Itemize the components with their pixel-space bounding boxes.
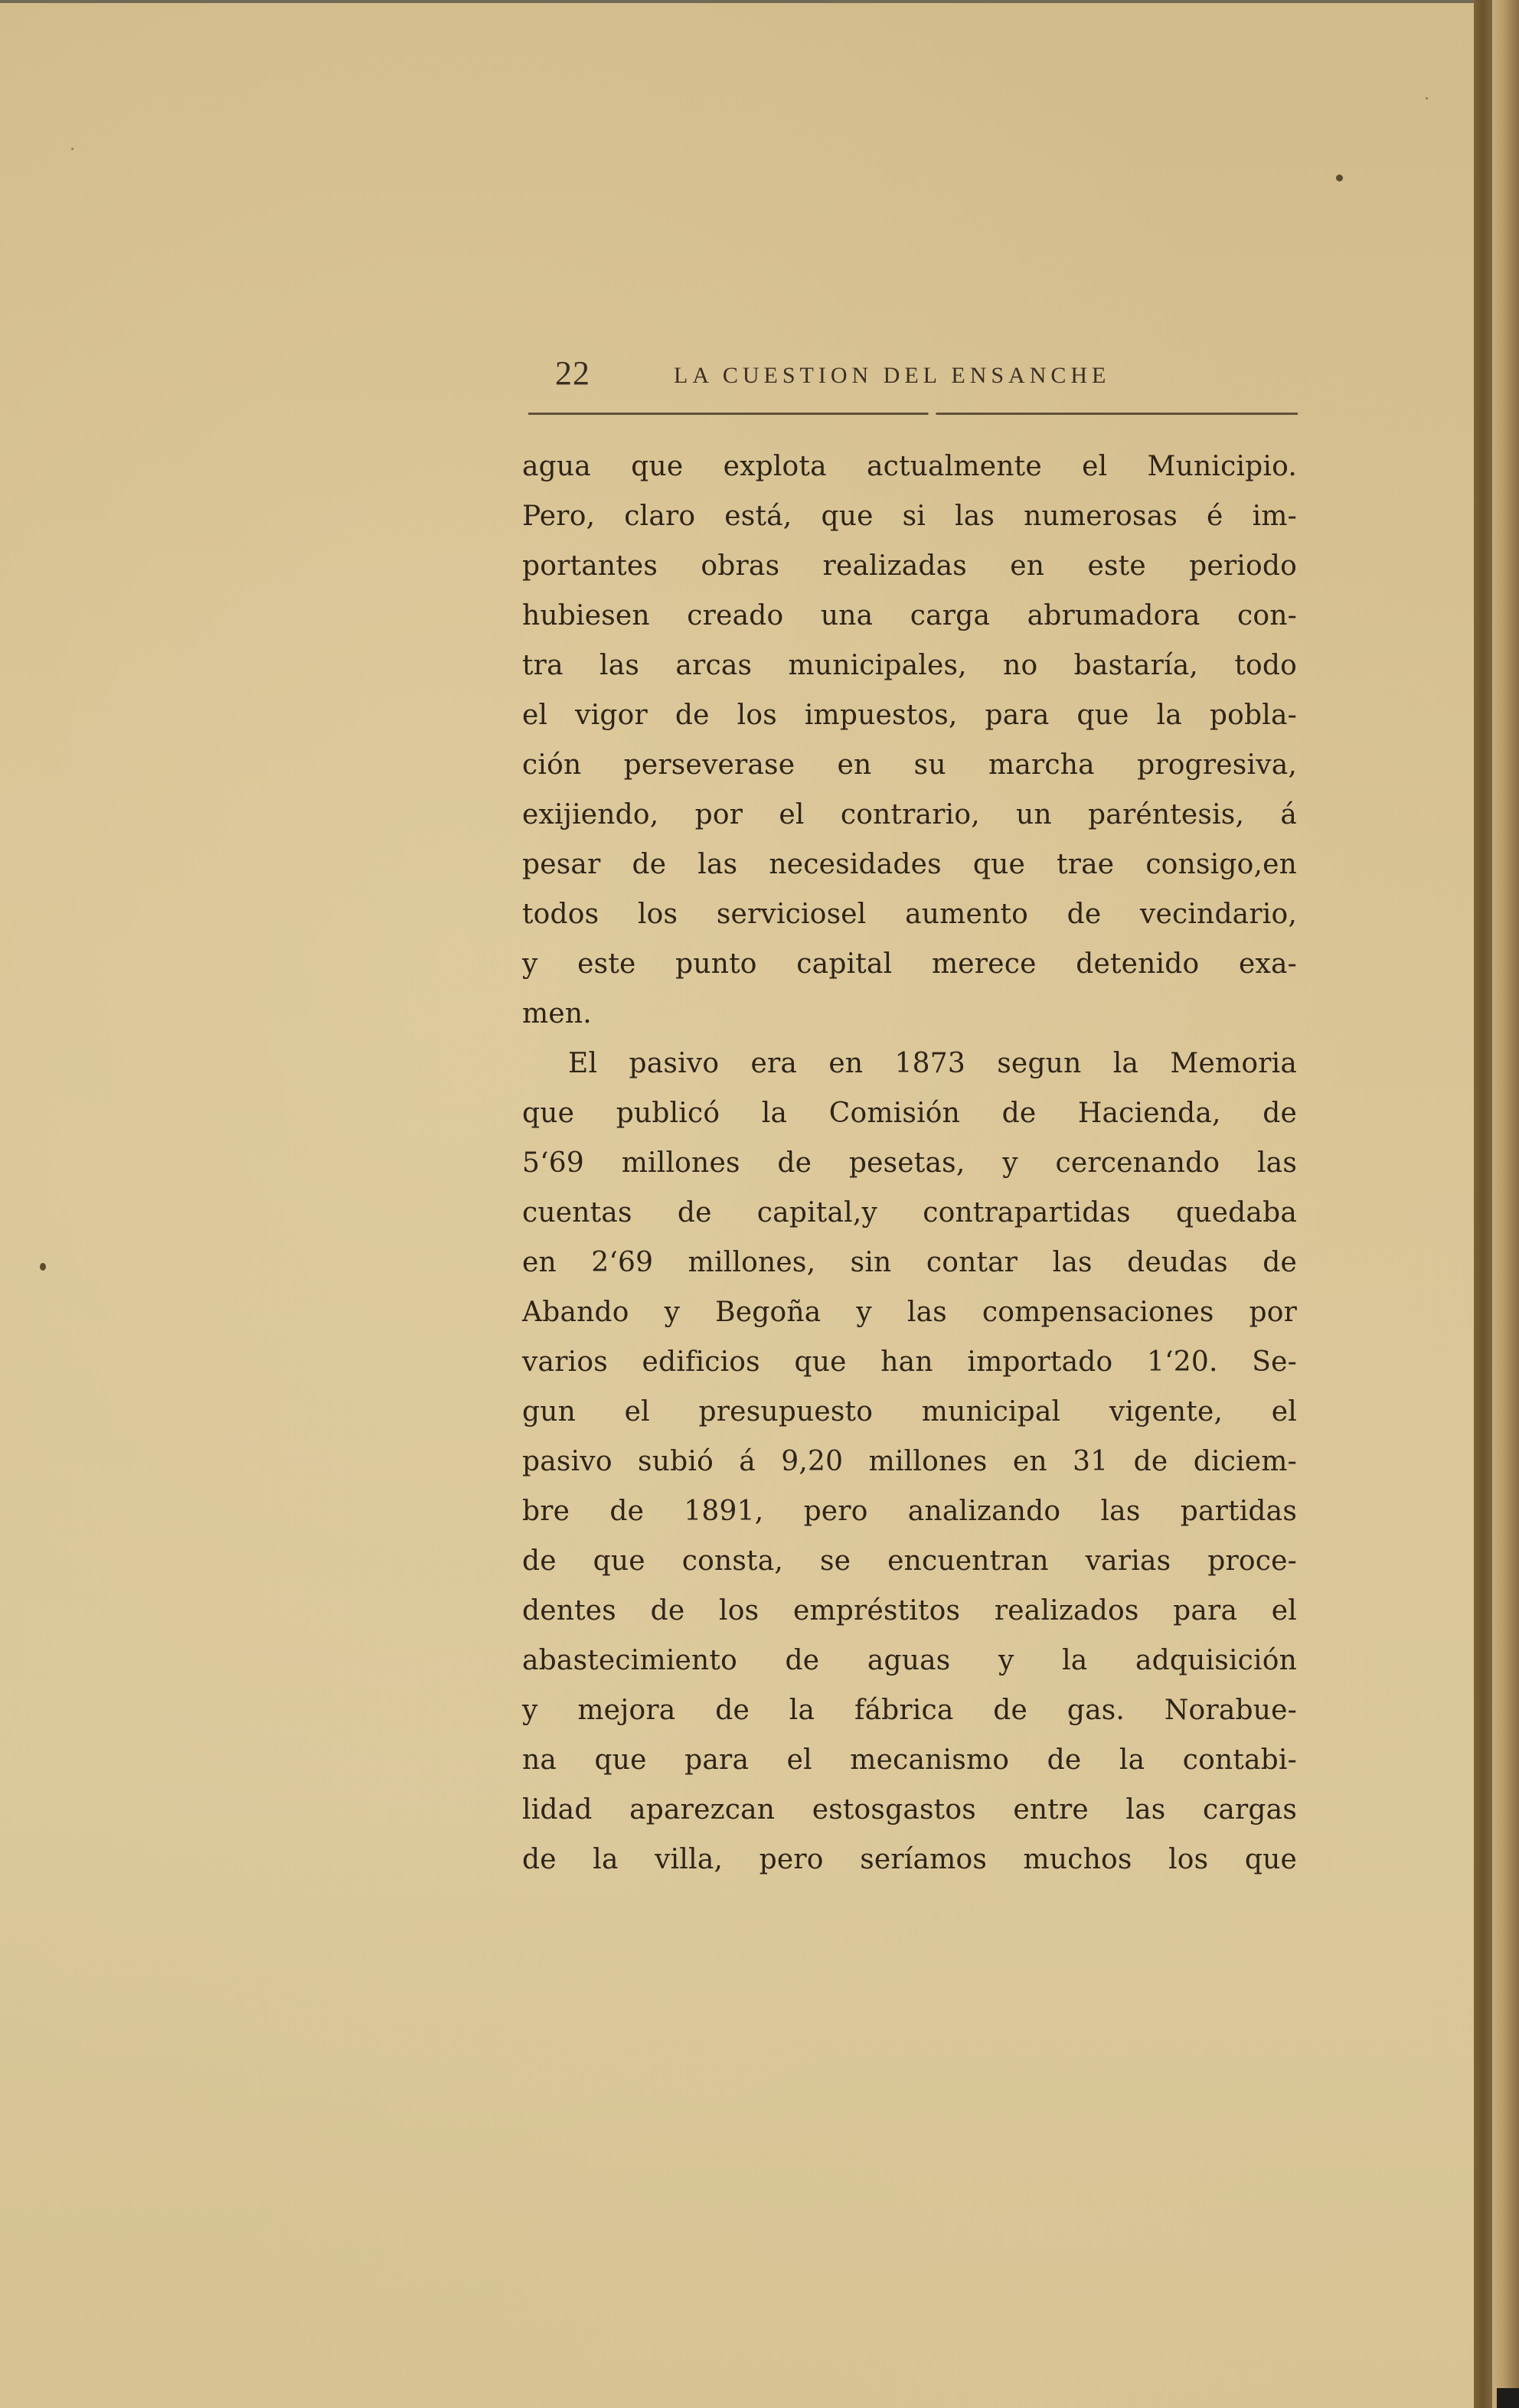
text-line: de la villa, pero seríamos muchos los qu… bbox=[522, 1835, 1297, 1884]
text-line: y este punto capital merece detenido exa… bbox=[522, 939, 1297, 989]
text-line: en 2‘69 millones, sin contar las deudas … bbox=[522, 1238, 1297, 1287]
text-line: abastecimiento de aguas y la adquisición bbox=[522, 1636, 1297, 1685]
running-header: 22 LA CUESTION DEL ENSANCHE bbox=[555, 354, 1305, 400]
text-line: men. bbox=[522, 989, 1297, 1039]
text-line: Abando y Begoña y las compensaciones por bbox=[522, 1287, 1297, 1337]
binding-shadow bbox=[1474, 0, 1492, 2408]
text-line: de que consta, se encuentran varias proc… bbox=[522, 1536, 1297, 1586]
running-title: LA CUESTION DEL ENSANCHE bbox=[674, 363, 1110, 389]
text-line: cuentas de capital,y contrapartidas qued… bbox=[522, 1188, 1297, 1238]
text-line: ción perseverase en su marcha progresiva… bbox=[522, 740, 1297, 790]
text-line: pasivo subió á 9,20 millones en 31 de di… bbox=[522, 1437, 1297, 1486]
page-number: 22 bbox=[555, 354, 590, 393]
text-line: gun el presupuesto municipal vigente, el bbox=[522, 1387, 1297, 1437]
paper-speck bbox=[1336, 175, 1343, 181]
paper-speck bbox=[1426, 97, 1428, 100]
text-line: Pero, claro está, que si las numerosas é… bbox=[522, 491, 1297, 541]
text-line: el vigor de los impuestos, para que la p… bbox=[522, 690, 1297, 740]
text-line: 5‘69 millones de pesetas, y cercenando l… bbox=[522, 1138, 1297, 1188]
text-line: exijiendo, por el contrario, un paréntes… bbox=[522, 790, 1297, 840]
scan-background-corner bbox=[1497, 2388, 1519, 2408]
text-line: portantes obras realizadas en este perio… bbox=[522, 541, 1297, 591]
text-line: hubiesen creado una carga abrumadora con… bbox=[522, 591, 1297, 641]
text-line: que publicó la Comisión de Hacienda, de bbox=[522, 1088, 1297, 1138]
text-line: tra las arcas municipales, no bastaría, … bbox=[522, 641, 1297, 690]
binding-edge bbox=[1492, 0, 1519, 2408]
paper-speck bbox=[40, 1263, 46, 1271]
text-line: y mejora de la fábrica de gas. Norabue- bbox=[522, 1685, 1297, 1735]
paragraph-start-line: El pasivo era en 1873 segun la Memoria bbox=[522, 1039, 1297, 1088]
text-line: na que para el mecanismo de la contabi- bbox=[522, 1735, 1297, 1785]
paper-speck bbox=[71, 148, 73, 150]
header-rule bbox=[528, 413, 1298, 415]
text-line: lidad aparezcan estosgastos entre las ca… bbox=[522, 1785, 1297, 1835]
page-top-edge bbox=[0, 0, 1519, 3]
text-line: varios edificios que han importado 1‘20.… bbox=[522, 1337, 1297, 1387]
text-line: dentes de los empréstitos realizados par… bbox=[522, 1586, 1297, 1636]
text-line: bre de 1891, pero analizando las partida… bbox=[522, 1486, 1297, 1536]
text-line: agua que explota actualmente el Municipi… bbox=[522, 442, 1297, 491]
text-line: pesar de las necesidades que trae consig… bbox=[522, 840, 1297, 889]
text-line: todos los serviciosel aumento de vecinda… bbox=[522, 889, 1297, 939]
scanned-book-page: 22 LA CUESTION DEL ENSANCHE agua que exp… bbox=[0, 0, 1519, 2408]
body-text: agua que explota actualmente el Municipi… bbox=[522, 442, 1297, 1884]
